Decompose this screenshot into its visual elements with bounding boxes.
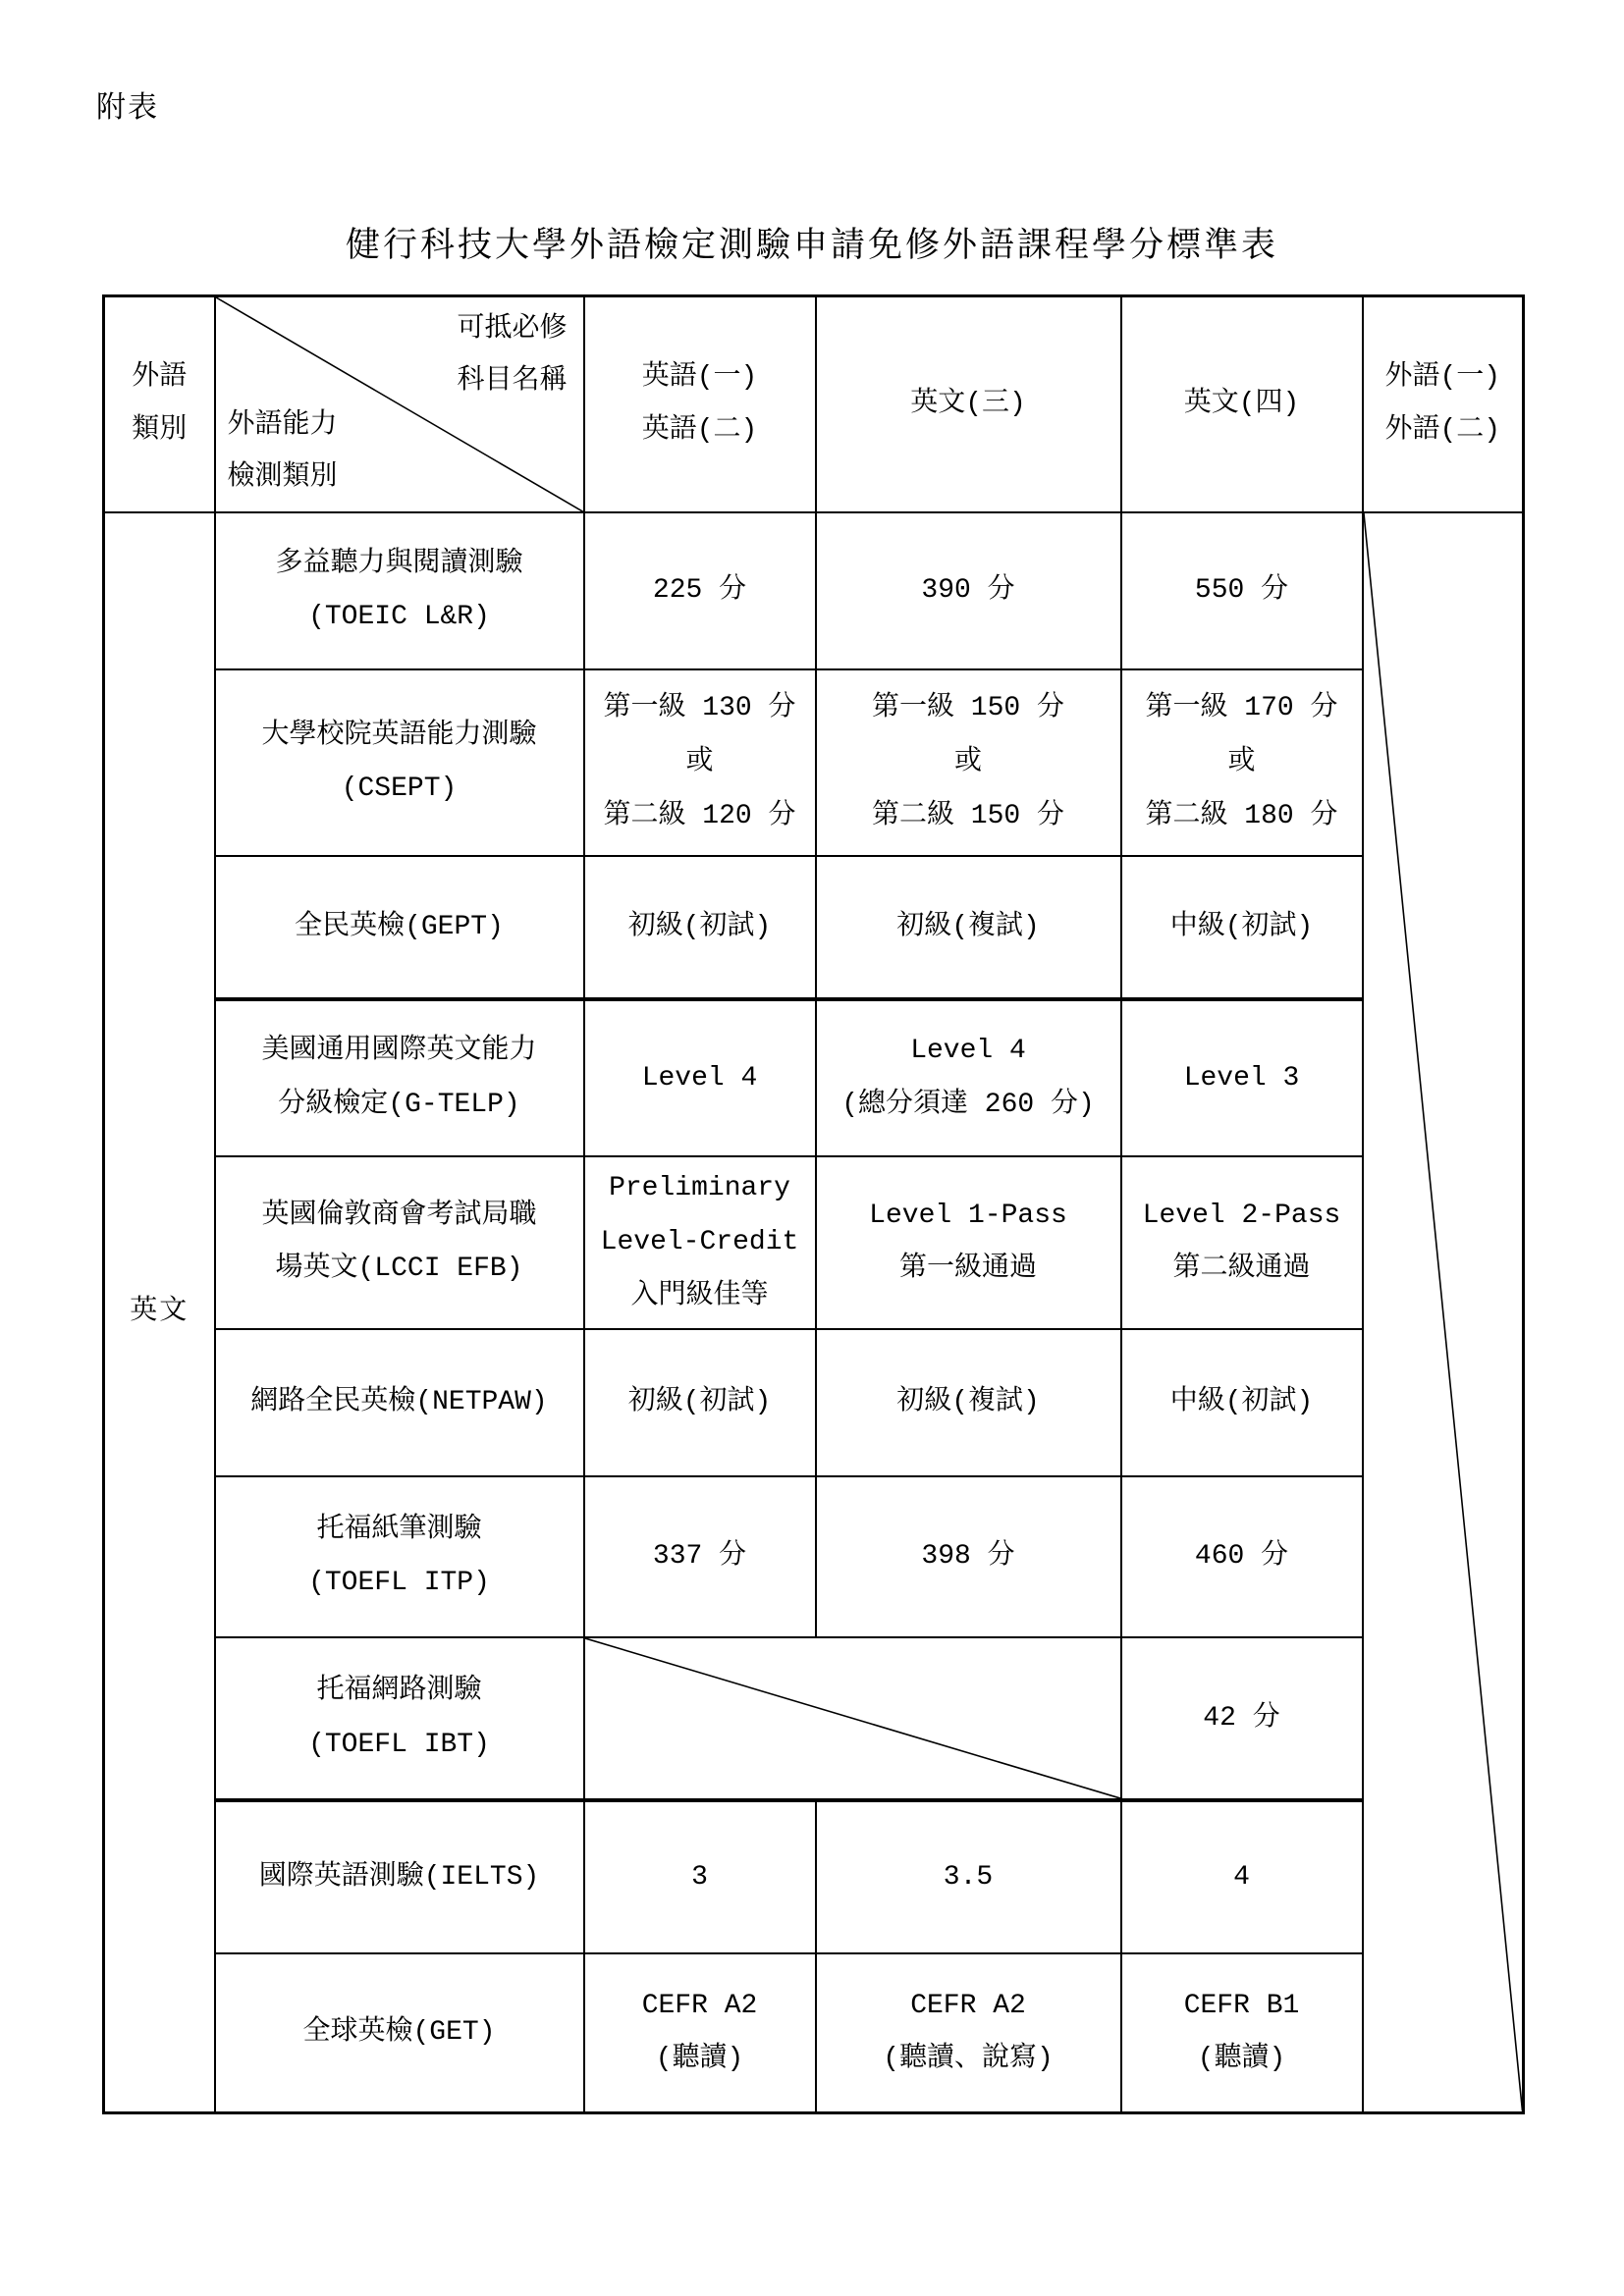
score-ielts-english-4: 4	[1121, 1800, 1363, 1953]
test-name-get: 全球英檢(GET)	[215, 1953, 584, 2112]
score-toefl-ibt-english-4: 42 分	[1121, 1637, 1363, 1800]
score-gept-english-1-2: 初級(初試)	[584, 856, 816, 999]
score-toeic-english-1-2: 225 分	[584, 512, 816, 669]
score-netpaw-english-3: 初級(複試)	[816, 1329, 1121, 1476]
score-toefl-itp-english-4: 460 分	[1121, 1476, 1363, 1637]
score-netpaw-english-1-2: 初級(初試)	[584, 1329, 816, 1476]
test-name-lcci: 英國倫敦商會考試局職 場英文(LCCI EFB)	[215, 1156, 584, 1329]
score-gtelp-english-1-2: Level 4	[584, 999, 816, 1156]
score-gept-english-3: 初級(複試)	[816, 856, 1121, 999]
score-lcci-english-4: Level 2-Pass 第二級通過	[1121, 1156, 1363, 1329]
score-toefl-itp-english-1-2: 337 分	[584, 1476, 816, 1637]
test-name-gept: 全民英檢(GEPT)	[215, 856, 584, 999]
score-get-english-1-2: CEFR A2 (聽讀)	[584, 1953, 816, 2112]
diagonal-line	[585, 1638, 1120, 1798]
score-csept-english-1-2: 第一級 130 分 或 第二級 120 分	[584, 669, 816, 856]
row-csept: 大學校院英語能力測驗 (CSEPT) 第一級 130 分 或 第二級 120 分…	[104, 669, 1524, 856]
test-name-toefl-itp: 托福紙筆測驗 (TOEFL ITP)	[215, 1476, 584, 1637]
row-toefl-ibt: 托福網路測驗 (TOEFL IBT) 42 分	[104, 1637, 1524, 1800]
header-row: 外語 類別 可抵必修 科目名稱 外語能力 檢測類別 英語(一) 英語(二) 英文…	[104, 296, 1524, 513]
diagonal-line	[1364, 513, 1523, 2111]
test-name-ielts: 國際英語測驗(IELTS)	[215, 1800, 584, 1953]
header-diagonal-cell: 可抵必修 科目名稱 外語能力 檢測類別	[215, 296, 584, 513]
score-toeic-english-3: 390 分	[816, 512, 1121, 669]
score-toefl-itp-english-3: 398 分	[816, 1476, 1121, 1637]
score-gtelp-english-3: Level 4 (總分須達 260 分)	[816, 999, 1121, 1156]
attachment-label: 附表	[96, 82, 159, 126]
row-gtelp: 美國通用國際英文能力 分級檢定(G-TELP) Level 4 Level 4 …	[104, 999, 1524, 1156]
header-foreign-1-2: 外語(一) 外語(二)	[1363, 296, 1524, 513]
score-get-english-3: CEFR A2 (聽讀、說寫)	[816, 1953, 1121, 2112]
score-csept-english-3: 第一級 150 分 或 第二級 150 分	[816, 669, 1121, 856]
test-name-csept: 大學校院英語能力測驗 (CSEPT)	[215, 669, 584, 856]
row-ielts: 國際英語測驗(IELTS) 3 3.5 4	[104, 1800, 1524, 1953]
header-english-4: 英文(四)	[1121, 296, 1363, 513]
row-gept: 全民英檢(GEPT) 初級(初試) 初級(複試) 中級(初試)	[104, 856, 1524, 999]
score-ielts-english-3: 3.5	[816, 1800, 1121, 1953]
score-get-english-4: CEFR B1 (聽讀)	[1121, 1953, 1363, 2112]
page-title: 健行科技大學外語檢定測驗申請免修外語課程學分標準表	[0, 218, 1624, 267]
test-name-gtelp: 美國通用國際英文能力 分級檢定(G-TELP)	[215, 999, 584, 1156]
score-ielts-english-1-2: 3	[584, 1800, 816, 1953]
score-lcci-english-1-2: Preliminary Level-Credit 入門級佳等	[584, 1156, 816, 1329]
header-english-1-2: 英語(一) 英語(二)	[584, 296, 816, 513]
score-toeic-english-4: 550 分	[1121, 512, 1363, 669]
row-get: 全球英檢(GET) CEFR A2 (聽讀) CEFR A2 (聽讀、說寫) C…	[104, 1953, 1524, 2112]
row-lcci: 英國倫敦商會考試局職 場英文(LCCI EFB) Preliminary Lev…	[104, 1156, 1524, 1329]
header-proficiency-test-category: 外語能力 檢測類別	[228, 400, 338, 504]
score-lcci-english-3: Level 1-Pass 第一級通過	[816, 1156, 1121, 1329]
foreign-language-column-slash-cell	[1363, 512, 1524, 2112]
header-english-3: 英文(三)	[816, 296, 1121, 513]
score-csept-english-4: 第一級 170 分 或 第二級 180 分	[1121, 669, 1363, 856]
row-toefl-itp: 托福紙筆測驗 (TOEFL ITP) 337 分 398 分 460 分	[104, 1476, 1524, 1637]
row-netpaw: 網路全民英檢(NETPAW) 初級(初試) 初級(複試) 中級(初試)	[104, 1329, 1524, 1476]
header-creditable-subjects: 可抵必修 科目名稱	[457, 303, 567, 407]
test-name-netpaw: 網路全民英檢(NETPAW)	[215, 1329, 584, 1476]
toefl-ibt-merged-slash-cell	[584, 1637, 1121, 1800]
score-gtelp-english-4: Level 3	[1121, 999, 1363, 1156]
test-name-toeic: 多益聽力與閱讀測驗 (TOEIC L&R)	[215, 512, 584, 669]
credit-standards-table: 外語 類別 可抵必修 科目名稱 外語能力 檢測類別 英語(一) 英語(二) 英文…	[102, 294, 1525, 2114]
document-page: 附表 健行科技大學外語檢定測驗申請免修外語課程學分標準表 外語 類別 可抵必修 …	[0, 0, 1624, 2296]
row-toeic: 英文 多益聽力與閱讀測驗 (TOEIC L&R) 225 分 390 分 550…	[104, 512, 1524, 669]
test-name-toefl-ibt: 托福網路測驗 (TOEFL IBT)	[215, 1637, 584, 1800]
language-group-label: 英文	[104, 512, 215, 2112]
header-language-category: 外語 類別	[104, 296, 215, 513]
score-netpaw-english-4: 中級(初試)	[1121, 1329, 1363, 1476]
score-gept-english-4: 中級(初試)	[1121, 856, 1363, 999]
